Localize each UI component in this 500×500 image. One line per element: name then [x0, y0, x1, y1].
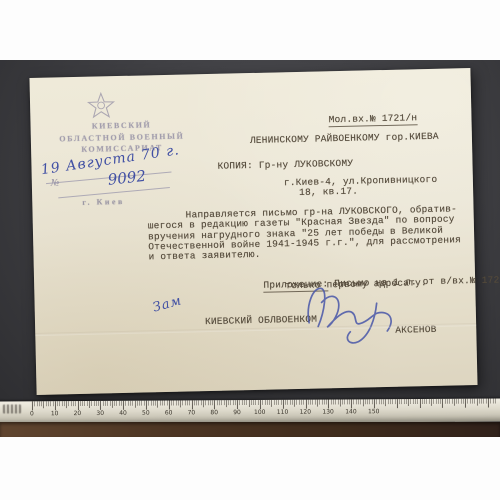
ruler-tick	[358, 399, 359, 404]
ruler-tick	[192, 400, 193, 409]
ruler-tick	[347, 399, 348, 404]
ruler: 0102030405060708090100110120130140150	[0, 398, 500, 424]
ruler-tick	[276, 400, 277, 405]
ruler-tick	[96, 401, 97, 406]
ruler-tick	[363, 399, 364, 406]
ruler-tick	[93, 401, 94, 406]
ruler-label: 100	[254, 409, 265, 416]
ruler-tick	[107, 401, 108, 406]
ruler-tick	[299, 400, 300, 405]
ruler-tick	[290, 400, 291, 405]
ruler-tick	[440, 399, 441, 404]
ruler-tick	[153, 401, 154, 406]
ruler-tick	[198, 400, 199, 405]
ruler-tick	[258, 400, 259, 405]
ruler-tick	[194, 400, 195, 405]
ruler-tick	[91, 401, 92, 406]
ruler-tick	[125, 401, 126, 406]
ruler-tick	[196, 400, 197, 405]
copy-line: КОПИЯ: Гр-ну ЛУКОВСКОМУ	[217, 159, 353, 172]
ruler-tick	[173, 400, 174, 405]
ruler-tick	[495, 399, 496, 404]
ruler-tick	[274, 400, 275, 405]
ruler-tick	[246, 400, 247, 405]
ruler-tick	[404, 399, 405, 404]
ruler-tick	[123, 401, 124, 410]
ruler-label: 120	[300, 409, 311, 416]
ruler-tick	[492, 399, 493, 404]
ruler-tick	[394, 399, 395, 404]
ruler-tick	[75, 401, 76, 406]
ruler-tick	[32, 401, 33, 410]
ruler-brand-mark	[3, 404, 21, 413]
ruler-tick	[112, 401, 113, 408]
ruler-tick	[296, 400, 297, 405]
ruler-tick	[116, 401, 117, 406]
ruler-tick	[100, 401, 101, 410]
ruler-tick	[449, 399, 450, 404]
ruler-tick	[335, 399, 336, 404]
ruler-tick	[39, 401, 40, 406]
ruler-tick	[239, 400, 240, 405]
ruler-tick	[87, 401, 88, 406]
ruler-tick	[376, 399, 377, 404]
ruler-tick	[479, 399, 480, 404]
ruler-tick	[383, 399, 384, 404]
ruler-label: 30	[96, 410, 104, 417]
ruler-tick	[249, 400, 250, 407]
ruler-tick	[237, 400, 238, 409]
listing-photo-page: КИЕВСКИЙ ОБЛАСТНОЙ ВОЕННЫЙ КОМИССАРИАТ 1…	[0, 0, 500, 500]
ruler-tick	[157, 401, 158, 408]
ruler-tick	[144, 401, 145, 406]
ruler-tick	[119, 401, 120, 406]
ruler-tick	[337, 399, 338, 404]
ruler-tick	[207, 400, 208, 405]
ruler-tick	[413, 399, 414, 404]
ruler-tick	[326, 400, 327, 405]
ruler-tick	[135, 401, 136, 408]
ruler-tick	[223, 400, 224, 405]
ruler-tick	[353, 399, 354, 404]
ruler-tick	[461, 399, 462, 404]
ruler-tick	[141, 401, 142, 406]
ruler-tick	[226, 400, 227, 407]
ruler-tick	[166, 401, 167, 406]
ruler-tick	[415, 399, 416, 404]
ruler-tick	[155, 401, 156, 406]
ruler-tick	[71, 401, 72, 406]
ruler-tick	[130, 401, 131, 406]
ruler-tick	[467, 399, 468, 404]
ruler-tick	[360, 399, 361, 404]
ruler-tick	[333, 399, 334, 404]
ruler-tick	[483, 399, 484, 404]
ruler-tick	[458, 399, 459, 404]
ruler-tick	[269, 400, 270, 405]
ruler-tick	[128, 401, 129, 406]
ruler-tick	[477, 399, 478, 406]
ruler-tick	[278, 400, 279, 405]
ruler-tick	[46, 401, 47, 406]
ruler-tick	[267, 400, 268, 405]
ruler-tick	[48, 401, 49, 406]
ruler-tick	[210, 400, 211, 405]
ruler-tick	[132, 401, 133, 406]
ruler-tick	[146, 401, 147, 410]
ruler-tick	[365, 399, 366, 404]
ruler-tick	[217, 400, 218, 405]
ruler-tick	[169, 400, 170, 409]
ruler-tick	[456, 399, 457, 404]
ruler-tick	[178, 400, 179, 405]
ruler-tick	[189, 400, 190, 405]
ruler-tick	[292, 400, 293, 405]
ruler-tick	[182, 400, 183, 405]
ruler-tick	[80, 401, 81, 406]
ruler-label: 60	[165, 409, 173, 416]
ruler-tick	[369, 399, 370, 404]
ruler-tick	[66, 401, 67, 408]
ruler-tick	[187, 400, 188, 405]
ruler-label: 50	[142, 410, 150, 417]
ruler-tick	[321, 400, 322, 405]
ruler-tick	[233, 400, 234, 405]
ruler-tick	[219, 400, 220, 405]
ruler-tick	[372, 399, 373, 404]
ruler-tick	[381, 399, 382, 404]
ruler-tick	[378, 399, 379, 404]
ruler-tick	[82, 401, 83, 406]
ruler-tick	[57, 401, 58, 406]
ruler-tick	[442, 399, 443, 408]
ruler-tick	[349, 399, 350, 404]
ruler-tick	[424, 399, 425, 404]
ruler-tick	[137, 401, 138, 406]
ruler-tick	[287, 400, 288, 405]
ruler-tick	[64, 401, 65, 406]
ruler-scale: 0102030405060708090100110120130140150	[0, 398, 500, 401]
ruler-tick	[34, 401, 35, 406]
ruler-tick	[228, 400, 229, 405]
ruler-label: 40	[119, 410, 127, 417]
ruler-label: 90	[233, 409, 241, 416]
ruler-tick	[109, 401, 110, 406]
ruler-tick	[397, 399, 398, 408]
copy-address-line2: 18, кв.17.	[299, 187, 358, 199]
ruler-tick	[185, 400, 186, 405]
ruler-label: 110	[277, 409, 288, 416]
ruler-tick	[260, 400, 261, 409]
ruler-tick	[84, 401, 85, 406]
ruler-tick	[470, 399, 471, 404]
ruler-tick	[474, 399, 475, 404]
ruler-tick	[180, 400, 181, 407]
ruler-tick	[433, 399, 434, 404]
ruler-tick	[242, 400, 243, 405]
ruler-tick	[235, 400, 236, 405]
ruler-tick	[451, 399, 452, 404]
ruler-tick	[59, 401, 60, 406]
ruler-tick	[285, 400, 286, 405]
ruler-label: 20	[74, 410, 82, 417]
ruler-tick	[408, 399, 409, 406]
ruler-tick	[312, 400, 313, 405]
addressee-line: ЛЕНИНСКОМУ РАЙВОЕНКОМУ гор.КИЕВА	[250, 132, 439, 147]
ruler-tick	[294, 400, 295, 407]
ruler-tick	[374, 399, 375, 408]
ruler-tick	[221, 400, 222, 405]
ruler-tick	[315, 400, 316, 405]
star-icon	[86, 91, 117, 122]
ruler-tick	[105, 401, 106, 406]
ruler-tick	[255, 400, 256, 405]
ruler-tick	[150, 401, 151, 406]
letterhead-city: г. Киев	[82, 196, 125, 208]
ruler-tick	[426, 399, 427, 404]
ruler-tick	[98, 401, 99, 406]
ruler-tick	[306, 400, 307, 409]
ruler-label: 130	[322, 408, 333, 415]
ruler-tick	[139, 401, 140, 406]
ruler-tick	[280, 400, 281, 405]
ruler-tick	[410, 399, 411, 404]
ruler-tick	[73, 401, 74, 406]
ruler-tick	[212, 400, 213, 405]
ruler-tick	[319, 400, 320, 405]
ruler-tick	[344, 399, 345, 404]
ruler-tick	[401, 399, 402, 404]
ruler-tick	[162, 401, 163, 406]
ruler-tick	[160, 401, 161, 406]
ruler-tick	[264, 400, 265, 405]
ruler-tick	[50, 401, 51, 406]
handwritten-number: 9092	[107, 167, 147, 189]
ruler-tick	[251, 400, 252, 405]
ruler-tick	[481, 399, 482, 404]
ruler-tick	[490, 399, 491, 404]
ruler-tick	[422, 399, 423, 404]
ruler-tick	[399, 399, 400, 404]
ruler-tick	[262, 400, 263, 405]
ruler-tick	[303, 400, 304, 405]
ruler-tick	[454, 399, 455, 406]
handwritten-approval: Зам	[151, 293, 184, 315]
ruler-label: 140	[345, 408, 356, 415]
ruler-label: 150	[368, 408, 379, 415]
ruler-tick	[203, 400, 204, 407]
document-paper: КИЕВСКИЙ ОБЛАСТНОЙ ВОЕННЫЙ КОМИССАРИАТ 1…	[29, 68, 477, 395]
ruler-label: 80	[210, 409, 218, 416]
ruler-tick	[244, 400, 245, 405]
ruler-tick	[406, 399, 407, 404]
ruler-tick	[385, 399, 386, 406]
ruler-tick	[328, 400, 329, 409]
ruler-tick	[392, 399, 393, 404]
ruler-tick	[89, 401, 90, 408]
ruler-tick	[36, 401, 37, 406]
signature-autograph	[296, 275, 410, 352]
ruler-tick	[78, 401, 79, 410]
ruler-tick	[103, 401, 104, 406]
ruler-tick	[55, 401, 56, 410]
document-body: Направляется письмо гр-на ЛУКОВСКОГО, об…	[148, 204, 479, 263]
ruler-tick	[417, 399, 418, 404]
ruler-tick	[41, 401, 42, 406]
ruler-tick	[445, 399, 446, 404]
ruler-tick	[283, 400, 284, 409]
ruler-tick	[214, 400, 215, 409]
ruler-tick	[420, 399, 421, 408]
ruler-tick	[331, 400, 332, 405]
ruler-tick	[342, 399, 343, 404]
ruler-tick	[148, 401, 149, 406]
ruler-tick	[465, 399, 466, 408]
ruler-tick	[271, 400, 272, 407]
ruler-tick	[472, 399, 473, 404]
ruler-tick	[488, 399, 489, 408]
ruler-tick	[324, 400, 325, 405]
ruler-tick	[171, 400, 172, 405]
ruler-tick	[340, 399, 341, 406]
ruler-tick	[463, 399, 464, 404]
wood-strip	[0, 422, 500, 437]
ruler-label: 70	[188, 409, 196, 416]
ruler-tick	[253, 400, 254, 405]
ruler-tick	[390, 399, 391, 404]
incoming-number-text: Мол.вх.№ 1721/н	[329, 113, 418, 128]
ruler-tick	[43, 401, 44, 408]
ruler-tick	[367, 399, 368, 404]
ruler-tick	[486, 399, 487, 404]
ruler-tick	[435, 399, 436, 404]
ruler-tick	[164, 401, 165, 406]
ruler-tick	[317, 400, 318, 407]
ruler-tick	[356, 399, 357, 404]
ruler-tick	[388, 399, 389, 404]
ruler-tick	[301, 400, 302, 405]
ruler-tick	[201, 400, 202, 405]
ruler-tick	[230, 400, 231, 405]
ruler-tick	[205, 400, 206, 405]
ruler-tick	[62, 401, 63, 406]
ruler-label: 10	[51, 410, 59, 417]
ruler-tick	[308, 400, 309, 405]
ruler-tick	[447, 399, 448, 404]
ruler-tick	[52, 401, 53, 406]
ruler-label: 0	[30, 410, 34, 417]
photo-background: КИЕВСКИЙ ОБЛАСТНОЙ ВОЕННЫЙ КОМИССАРИАТ 1…	[0, 60, 500, 437]
ruler-tick	[438, 399, 439, 404]
ruler-tick	[121, 401, 122, 406]
ruler-tick	[351, 399, 352, 408]
ruler-tick	[176, 400, 177, 405]
ruler-tick	[310, 400, 311, 405]
ruler-tick	[68, 401, 69, 406]
ruler-tick	[429, 399, 430, 404]
ruler-tick	[431, 399, 432, 406]
ruler-tick	[114, 401, 115, 406]
